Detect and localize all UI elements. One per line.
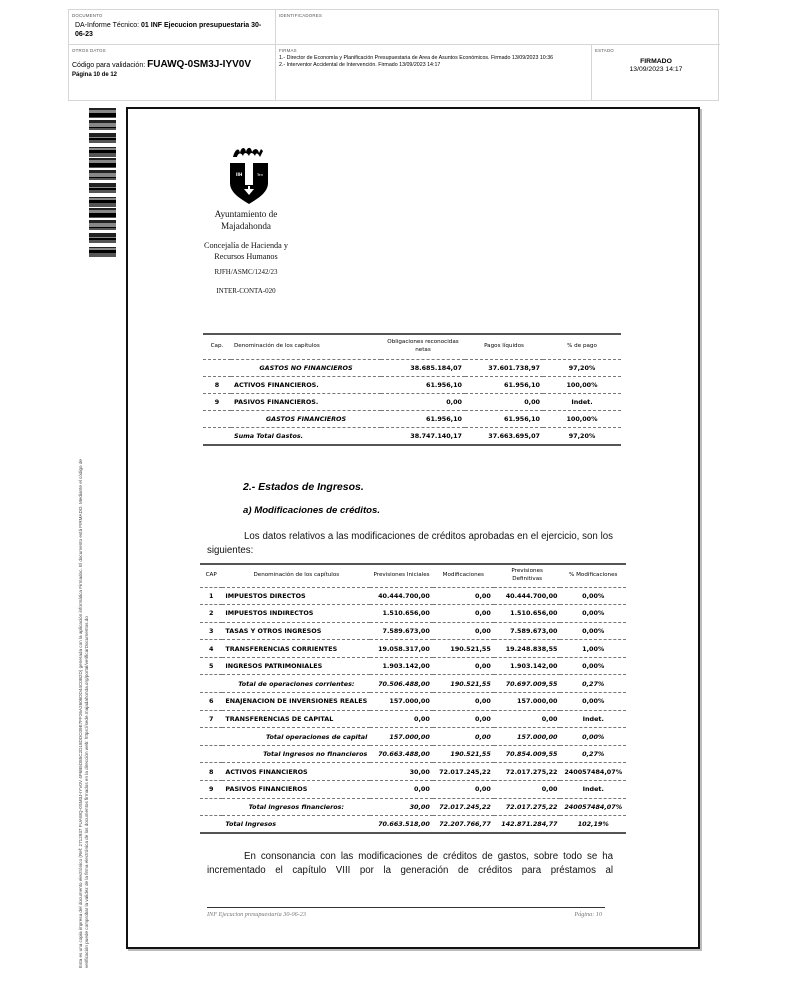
estado-label: ESTADO [595,48,614,53]
name-cell: Total Ingresos no financieros [222,745,370,763]
pct-modificaciones-cell: 240057484,07% [560,763,626,781]
status-badge: FIRMADO [592,58,720,66]
previsiones-iniciales-cell: 19.058.317,00 [370,640,433,658]
firmas-list: 1.- Director de Economía y Planificación… [279,55,553,69]
modificaciones-cell: 72.017.245,22 [433,798,494,816]
estado-value: FIRMADO 13/09/2023 14:17 [592,58,720,74]
pct-cell: 100,00% [543,411,621,428]
page-count: Página 10 de 12 [72,72,117,78]
table-row: 1IMPUESTOS DIRECTOS40.444.700,000,0040.4… [200,587,626,605]
pct-modificaciones-cell: 0,00% [560,622,626,640]
name-cell: INGRESOS PATRIMONIALES [222,657,370,675]
firma-item: 1.- Director de Economía y Planificación… [279,55,553,62]
name-cell: Total ingresos financieros: [222,798,370,816]
documento-label: DOCUMENTO [72,13,103,18]
barcode-icon [89,107,116,277]
table-row: 7TRANSFERENCIAS DE CAPITAL0,000,000,00In… [200,710,626,728]
pct-modificaciones-cell: 0,00% [560,693,626,711]
cap-cell [203,411,231,428]
section-subheading: a) Modificaciones de créditos. [243,505,380,516]
previsiones-iniciales-cell: 30,00 [370,763,433,781]
name-cell: PASIVOS FINANCIEROS. [231,393,381,410]
pagos-cell: 61.956,10 [465,376,543,393]
pct-modificaciones-cell: 240057484,07% [560,798,626,816]
name-cell: TASAS Y OTROS INGRESOS [222,622,370,640]
modificaciones-cell: 0,00 [433,781,494,799]
cap-cell [200,728,222,746]
closing-paragraph: En consonancia con las modificaciones de… [207,850,613,877]
reference-2: INTER-CONTA-020 [190,287,302,295]
modificaciones-cell: 190.521,55 [433,640,494,658]
pct-modificaciones-cell: 1,00% [560,640,626,658]
documento-cell: DOCUMENTO DA-Informe Técnico: 01 INF Eje… [69,10,276,45]
table-row: 8ACTIVOS FINANCIEROS.61.956,1061.956,101… [203,376,621,393]
col-header: Cap. [203,334,231,359]
pct-cell: 97,20% [543,359,621,376]
cap-cell [200,675,222,693]
previsiones-definitivas-cell: 0,00 [494,781,561,799]
cap-cell: 5 [200,657,222,675]
pagos-cell: 61.956,10 [465,411,543,428]
obligaciones-cell: 38.685.184,07 [381,359,465,376]
name-cell: PASIVOS FINANCIEROS [222,781,370,799]
name-cell: IMPUESTOS INDIRECTOS [222,605,370,623]
previsiones-definitivas-cell: 40.444.700,00 [494,587,561,605]
modificaciones-cell: 190.521,55 [433,745,494,763]
table-row: GASTOS FINANCIEROS61.956,1061.956,10100,… [203,411,621,428]
table-header-row: Cap. Denominación de los capítulos Oblig… [203,334,621,359]
pct-modificaciones-cell: 0,00% [560,587,626,605]
pagos-cell: 0,00 [465,393,543,410]
col-header: Pagos líquidos [465,334,543,359]
previsiones-iniciales-cell: 0,00 [370,781,433,799]
firmas-label: FIRMAS [279,48,297,53]
modificaciones-cell: 0,00 [433,587,494,605]
pagos-cell: 37.663.695,07 [465,428,543,445]
identificadores-label: IDENTIFICADORES [279,13,322,18]
previsiones-iniciales-cell: 40.444.700,00 [370,587,433,605]
previsiones-iniciales-cell: 1.903.142,00 [370,657,433,675]
cap-cell: 9 [200,781,222,799]
previsiones-definitivas-cell: 72.017.275,22 [494,763,561,781]
cap-cell: 4 [200,640,222,658]
signature-header: DOCUMENTO DA-Informe Técnico: 01 INF Eje… [68,9,719,101]
modificaciones-cell: 0,00 [433,693,494,711]
cap-cell: 8 [200,763,222,781]
previsiones-definitivas-cell: 0,00 [494,710,561,728]
previsiones-definitivas-cell: 142.871.284,77 [494,816,561,834]
cap-cell: 7 [200,710,222,728]
modificaciones-cell: 190.521,55 [433,675,494,693]
footer-rule [207,907,605,908]
cap-cell: 1 [200,587,222,605]
pct-cell: 97,20% [543,428,621,445]
section-heading: 2.- Estados de Ingresos. [243,481,364,493]
pct-modificaciones-cell: 0,27% [560,745,626,763]
previsiones-iniciales-cell: 70.663.488,00 [370,745,433,763]
previsiones-definitivas-cell: 70.854.009,55 [494,745,561,763]
gastos-summary-table: Cap. Denominación de los capítulos Oblig… [203,333,621,446]
otros-datos-cell: OTROS DATOS Código para validación: FUAW… [69,45,276,101]
modificaciones-cell: 72.207.766,77 [433,816,494,834]
previsiones-definitivas-cell: 19.248.838,55 [494,640,561,658]
previsiones-definitivas-cell: 157.000,00 [494,693,561,711]
cap-cell: 6 [200,693,222,711]
pct-modificaciones-cell: 102,19% [560,816,626,834]
estado-cell: ESTADO FIRMADO 13/09/2023 14:17 [592,45,720,101]
validation-code-value: FUAWQ-0SM3J-IYV0V [147,59,251,70]
previsiones-definitivas-cell: 7.589.673,00 [494,622,561,640]
modificaciones-cell: 0,00 [433,657,494,675]
previsiones-iniciales-cell: 0,00 [370,710,433,728]
name-cell: Total operaciones de capital [222,728,370,746]
modificaciones-cell: 0,00 [433,605,494,623]
name-cell: GASTOS NO FINANCIEROS [231,359,381,376]
table-row: Total de operaciones corrientes:70.506.4… [200,675,626,693]
table-row: 3TASAS Y OTROS INGRESOS7.589.673,000,007… [200,622,626,640]
pct-cell: Indet. [543,393,621,410]
obligaciones-cell: 38.747.140,17 [381,428,465,445]
previsiones-iniciales-cell: 70.663.518,00 [370,816,433,834]
previsiones-iniciales-cell: 157.000,00 [370,728,433,746]
entity-name: Ayuntamiento de Majadahonda [190,209,302,232]
footer-page-number: Página: 10 [574,911,602,918]
pct-modificaciones-cell: 0,00% [560,657,626,675]
previsiones-definitivas-cell: 1.903.142,00 [494,657,561,675]
modificaciones-cell: 0,00 [433,622,494,640]
document-title: DA-Informe Técnico: 01 INF Ejecucion pre… [75,22,265,39]
name-cell: TRANSFERENCIAS DE CAPITAL [222,710,370,728]
cap-cell: 9 [203,393,231,410]
pct-modificaciones-cell: 0,27% [560,675,626,693]
reference-1: RJFH/ASMC/1242/23 [190,268,302,276]
table-row: 9PASIVOS FINANCIEROS0,000,000,00Indet. [200,781,626,799]
previsiones-iniciales-cell: 30,00 [370,798,433,816]
name-cell: ACTIVOS FINANCIEROS. [231,376,381,393]
svg-text:Ten: Ten [256,173,263,177]
col-header: Modificaciones [433,564,494,587]
identificadores-cell: IDENTIFICADORES [276,10,720,45]
table-row: 9PASIVOS FINANCIEROS.0,000,00Indet. [203,393,621,410]
name-cell: TRANSFERENCIAS CORRIENTES [222,640,370,658]
pct-modificaciones-cell: 0,00% [560,605,626,623]
verification-side-text: Esta es una copia impresa del documento … [78,296,90,968]
firma-item: 2.- Interventor Accidental de Intervenci… [279,62,553,69]
obligaciones-cell: 61.956,10 [381,411,465,428]
pct-modificaciones-cell: Indet. [560,710,626,728]
previsiones-definitivas-cell: 157.000,00 [494,728,561,746]
col-header: % Modificaciones [560,564,626,587]
name-cell: IMPUESTOS DIRECTOS [222,587,370,605]
municipal-crest-icon: IIH Ten [227,143,271,205]
obligaciones-cell: 0,00 [381,393,465,410]
pct-modificaciones-cell: 0,00% [560,728,626,746]
intro-paragraph: Los datos relativos a las modificaciones… [207,530,613,557]
pct-cell: 100,00% [543,376,621,393]
table-row: Suma Total Gastos.38.747.140,1737.663.69… [203,428,621,445]
col-header: CAP [200,564,222,587]
previsiones-definitivas-cell: 1.510.656,00 [494,605,561,623]
name-cell: Total de operaciones corrientes: [222,675,370,693]
previsiones-iniciales-cell: 7.589.673,00 [370,622,433,640]
table-row: 5INGRESOS PATRIMONIALES1.903.142,000,001… [200,657,626,675]
cap-cell [200,798,222,816]
cap-cell [203,359,231,376]
table-row: Total Ingresos no financieros70.663.488,… [200,745,626,763]
pagos-cell: 37.601.738,97 [465,359,543,376]
col-header: Denominación de los capítulos [231,334,381,359]
col-header: Previsiones Definitivas [494,564,561,587]
obligaciones-cell: 61.956,10 [381,376,465,393]
cap-cell: 3 [200,622,222,640]
modificaciones-cell: 0,00 [433,728,494,746]
previsiones-definitivas-cell: 70.697.009,55 [494,675,561,693]
table-header-row: CAP Denominación de los capítulos Previs… [200,564,626,587]
table-row: Total operaciones de capital157.000,000,… [200,728,626,746]
table-row: 8ACTIVOS FINANCIEROS30,0072.017.245,2272… [200,763,626,781]
col-header: Denominación de los capítulos [222,564,370,587]
col-header: % de pago [543,334,621,359]
name-cell: Suma Total Gastos. [231,428,381,445]
department-name: Concejalía de Hacienda y Recursos Humano… [190,240,302,262]
previsiones-iniciales-cell: 1.510.656,00 [370,605,433,623]
modificaciones-cell: 72.017.245,22 [433,763,494,781]
col-header: Previsiones Iniciales [370,564,433,587]
name-cell: ENAJENACION DE INVERSIONES REALES [222,693,370,711]
table-row: GASTOS NO FINANCIEROS38.685.184,0737.601… [203,359,621,376]
table-row: 2IMPUESTOS INDIRECTOS1.510.656,000,001.5… [200,605,626,623]
previsiones-iniciales-cell: 70.506.488,00 [370,675,433,693]
table-row: 4TRANSFERENCIAS CORRIENTES19.058.317,001… [200,640,626,658]
table-row: 6ENAJENACION DE INVERSIONES REALES157.00… [200,693,626,711]
table-row: Total ingresos financieros:30,0072.017.2… [200,798,626,816]
cap-cell [203,428,231,445]
footer-document-name: INF Ejecucion presupuestaria 30-06-23 [207,911,306,918]
cap-cell [200,816,222,834]
cap-cell: 8 [203,376,231,393]
svg-text:IIH: IIH [236,172,242,177]
cap-cell: 2 [200,605,222,623]
col-header: Obligaciones reconocidas netas [381,334,465,359]
status-date: 13/09/2023 14:17 [592,66,720,74]
name-cell: GASTOS FINANCIEROS [231,411,381,428]
validation-code: Código para validación: FUAWQ-0SM3J-IYV0… [72,59,251,70]
table-row: Total Ingresos70.663.518,0072.207.766,77… [200,816,626,834]
previsiones-iniciales-cell: 157.000,00 [370,693,433,711]
firmas-cell: FIRMAS 1.- Director de Economía y Planif… [276,45,592,101]
ingresos-modificaciones-table: CAP Denominación de los capítulos Previs… [200,563,626,834]
pct-modificaciones-cell: Indet. [560,781,626,799]
modificaciones-cell: 0,00 [433,710,494,728]
name-cell: Total Ingresos [222,816,370,834]
otros-datos-label: OTROS DATOS [72,48,106,53]
name-cell: ACTIVOS FINANCIEROS [222,763,370,781]
previsiones-definitivas-cell: 72.017.275,22 [494,798,561,816]
cap-cell [200,745,222,763]
